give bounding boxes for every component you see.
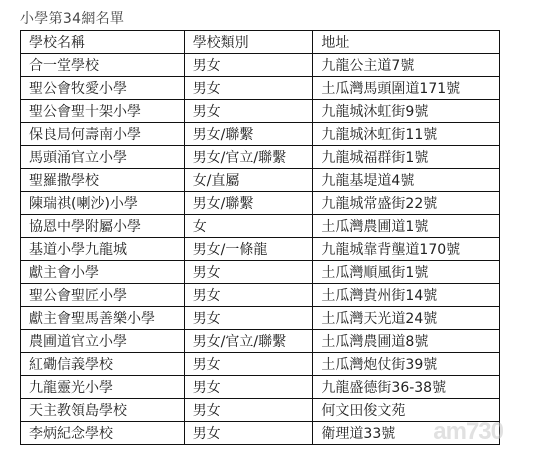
cell-school-name: 李炳紀念學校 [21, 422, 185, 445]
cell-address: 九龍基堤道4號 [313, 169, 500, 192]
cell-school-type: 男女 [184, 422, 313, 445]
cell-school-type: 男女/聯繫 [184, 192, 313, 215]
table-row: 李炳紀念學校男女衛理道33號 [21, 422, 500, 445]
cell-school-name: 九龍靈光小學 [21, 376, 185, 399]
table-row: 聖公會牧愛小學男女土瓜灣馬頭圍道171號 [21, 77, 500, 100]
table-row: 聖公會聖十架小學男女九龍城沐虹街9號 [21, 100, 500, 123]
cell-school-name: 協恩中學附屬小學 [21, 215, 185, 238]
school-list-table: 學校名稱 學校類別 地址 合一堂學校男女九龍公主道7號聖公會牧愛小學男女土瓜灣馬… [20, 30, 500, 445]
cell-school-type: 男女 [184, 77, 313, 100]
cell-school-type: 男女 [184, 307, 313, 330]
watermark-logo: am730 [433, 418, 503, 446]
table-header-row: 學校名稱 學校類別 地址 [21, 31, 500, 54]
cell-school-type: 男女/官立/聯繫 [184, 146, 313, 169]
cell-address: 土瓜灣馬頭圍道171號 [313, 77, 500, 100]
cell-school-name: 獻主會小學 [21, 261, 185, 284]
cell-address: 九龍城沐虹街9號 [313, 100, 500, 123]
cell-school-name: 聖公會牧愛小學 [21, 77, 185, 100]
cell-school-type: 男女 [184, 284, 313, 307]
cell-school-name: 合一堂學校 [21, 54, 185, 77]
cell-school-type: 女/直屬 [184, 169, 313, 192]
cell-school-name: 馬頭涌官立小學 [21, 146, 185, 169]
cell-school-type: 男女/一條龍 [184, 238, 313, 261]
cell-school-type: 男女/聯繫 [184, 123, 313, 146]
cell-school-name: 基道小學九龍城 [21, 238, 185, 261]
table-row: 獻主會小學男女土瓜灣順風街1號 [21, 261, 500, 284]
cell-address: 九龍城沐虹街11號 [313, 123, 500, 146]
table-row: 保良局何壽南小學男女/聯繫九龍城沐虹街11號 [21, 123, 500, 146]
header-address: 地址 [313, 31, 500, 54]
table-row: 天主教領島學校男女何文田俊文苑 [21, 399, 500, 422]
cell-address: 土瓜灣農圃道1號 [313, 215, 500, 238]
cell-address: 土瓜灣農圃道8號 [313, 330, 500, 353]
table-row: 獻主會聖馬善樂小學男女土瓜灣天光道24號 [21, 307, 500, 330]
cell-school-name: 農圃道官立小學 [21, 330, 185, 353]
cell-address: 土瓜灣貴州街14號 [313, 284, 500, 307]
cell-school-name: 聖公會聖匠小學 [21, 284, 185, 307]
cell-school-name: 獻主會聖馬善樂小學 [21, 307, 185, 330]
cell-address: 九龍公主道7號 [313, 54, 500, 77]
document-title: 小學第34網名單 [20, 8, 124, 28]
cell-school-name: 聖公會聖十架小學 [21, 100, 185, 123]
table-row: 九龍靈光小學男女九龍盛德街36-38號 [21, 376, 500, 399]
table-row: 農圃道官立小學男女/官立/聯繫土瓜灣農圃道8號 [21, 330, 500, 353]
table-row: 協恩中學附屬小學女土瓜灣農圃道1號 [21, 215, 500, 238]
cell-school-type: 女 [184, 215, 313, 238]
table-row: 聖羅撒學校女/直屬九龍基堤道4號 [21, 169, 500, 192]
cell-school-name: 保良局何壽南小學 [21, 123, 185, 146]
cell-address: 九龍盛德街36-38號 [313, 376, 500, 399]
cell-school-type: 男女 [184, 399, 313, 422]
cell-address: 九龍城靠背壟道170號 [313, 238, 500, 261]
cell-school-type: 男女 [184, 376, 313, 399]
cell-address: 九龍城常盛街22號 [313, 192, 500, 215]
cell-school-type: 男女 [184, 261, 313, 284]
table-row: 陳瑞祺(喇沙)小學男女/聯繫九龍城常盛街22號 [21, 192, 500, 215]
cell-school-type: 男女/官立/聯繫 [184, 330, 313, 353]
cell-school-name: 陳瑞祺(喇沙)小學 [21, 192, 185, 215]
table-row: 聖公會聖匠小學男女土瓜灣貴州街14號 [21, 284, 500, 307]
cell-address: 土瓜灣炮仗街39號 [313, 353, 500, 376]
cell-address: 九龍城福群街1號 [313, 146, 500, 169]
header-school-type: 學校類別 [184, 31, 313, 54]
cell-address: 土瓜灣順風街1號 [313, 261, 500, 284]
cell-address: 土瓜灣天光道24號 [313, 307, 500, 330]
cell-school-name: 聖羅撒學校 [21, 169, 185, 192]
cell-school-type: 男女 [184, 54, 313, 77]
table-row: 紅磡信義學校男女土瓜灣炮仗街39號 [21, 353, 500, 376]
table-row: 馬頭涌官立小學男女/官立/聯繫九龍城福群街1號 [21, 146, 500, 169]
header-school-name: 學校名稱 [21, 31, 185, 54]
table-row: 基道小學九龍城男女/一條龍九龍城靠背壟道170號 [21, 238, 500, 261]
cell-school-name: 紅磡信義學校 [21, 353, 185, 376]
cell-school-type: 男女 [184, 100, 313, 123]
cell-school-type: 男女 [184, 353, 313, 376]
cell-school-name: 天主教領島學校 [21, 399, 185, 422]
table-row: 合一堂學校男女九龍公主道7號 [21, 54, 500, 77]
